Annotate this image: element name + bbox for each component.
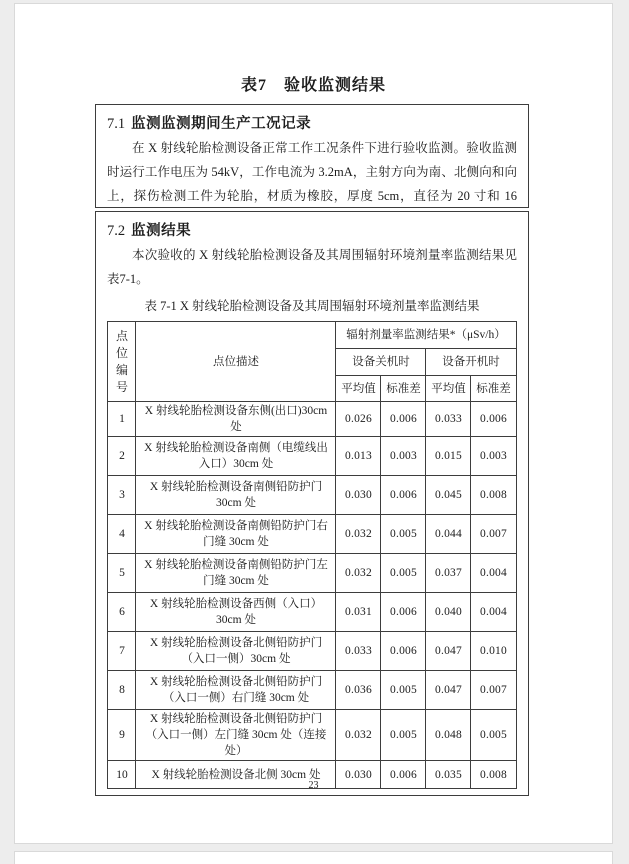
cell-off-stddev: 0.006 <box>381 632 426 671</box>
table-row: 5 X 射线轮胎检测设备南侧铅防护门左门缝 30cm 处 0.032 0.005… <box>108 554 516 593</box>
column-header-off-stddev: 标准差 <box>381 376 426 402</box>
monitoring-results-table: 点位编号 点位描述 辐射剂量率监测结果*（μSv/h） 设备关机时 设备开机时 … <box>107 321 516 789</box>
cell-on-stddev: 0.004 <box>471 593 516 632</box>
cell-point-id: 2 <box>108 437 136 476</box>
cell-off-average: 0.032 <box>336 554 381 593</box>
screenshot-root: { "document": { "title": "表7 验收监测结果", "p… <box>0 0 629 864</box>
cell-off-average: 0.031 <box>336 593 381 632</box>
cell-point-description: X 射线轮胎检测设备北侧铅防护门（入口一侧）左门缝 30cm 处（连接处） <box>136 710 336 761</box>
cell-point-id: 4 <box>108 515 136 554</box>
cell-on-stddev: 0.007 <box>471 671 516 710</box>
cell-point-description: X 射线轮胎检测设备北侧铅防护门（入口一侧）30cm 处 <box>136 632 336 671</box>
cell-on-average: 0.033 <box>426 402 471 437</box>
cell-point-description: X 射线轮胎检测设备南侧铅防护门左门缝 30cm 处 <box>136 554 336 593</box>
table-row: 9 X 射线轮胎检测设备北侧铅防护门（入口一侧）左门缝 30cm 处（连接处） … <box>108 710 516 761</box>
cell-off-stddev: 0.005 <box>381 671 426 710</box>
table-row: 3 X 射线轮胎检测设备南侧铅防护门 30cm 处 0.030 0.006 0.… <box>108 476 516 515</box>
page-number: 23 <box>15 780 612 791</box>
cell-point-id: 3 <box>108 476 136 515</box>
table-caption: 表 7-1 X 射线轮胎检测设备及其周围辐射环境剂量率监测结果 <box>107 296 517 314</box>
section-7-1-number: 7.1 <box>107 116 125 132</box>
section-7-2-heading: 7.2监测结果 <box>107 219 517 240</box>
cell-point-description: X 射线轮胎检测设备南侧铅防护门右门缝 30cm 处 <box>136 515 336 554</box>
cell-on-average: 0.037 <box>426 554 471 593</box>
cell-on-stddev: 0.006 <box>471 402 516 437</box>
cell-off-average: 0.032 <box>336 515 381 554</box>
cell-off-stddev: 0.003 <box>381 437 426 476</box>
next-page-edge <box>14 851 613 864</box>
cell-point-id: 8 <box>108 671 136 710</box>
table-row: 8 X 射线轮胎检测设备北侧铅防护门（入口一侧）右门缝 30cm 处 0.036… <box>108 671 516 710</box>
column-header-on-stddev: 标准差 <box>471 376 516 402</box>
cell-off-average: 0.032 <box>336 710 381 761</box>
cell-off-stddev: 0.005 <box>381 710 426 761</box>
cell-off-stddev: 0.006 <box>381 402 426 437</box>
cell-on-average: 0.048 <box>426 710 471 761</box>
cell-on-average: 0.044 <box>426 515 471 554</box>
cell-on-average: 0.045 <box>426 476 471 515</box>
page-title: 表7 验收监测结果 <box>15 72 612 95</box>
cell-off-average: 0.036 <box>336 671 381 710</box>
cell-off-average: 0.026 <box>336 402 381 437</box>
column-header-device-on: 设备开机时 <box>426 349 516 376</box>
cell-on-average: 0.047 <box>426 632 471 671</box>
cell-point-description: X 射线轮胎检测设备西侧（入口）30cm 处 <box>136 593 336 632</box>
cell-point-description: X 射线轮胎检测设备南侧（电缆线出入口）30cm 处 <box>136 437 336 476</box>
cell-off-stddev: 0.005 <box>381 515 426 554</box>
cell-off-stddev: 0.006 <box>381 593 426 632</box>
table-row: 7 X 射线轮胎检测设备北侧铅防护门（入口一侧）30cm 处 0.033 0.0… <box>108 632 516 671</box>
column-header-device-off: 设备关机时 <box>336 349 426 376</box>
section-7-1-heading: 7.1监测监测期间生产工况记录 <box>107 112 517 133</box>
section-7-2-box: 7.2监测结果 本次验收的 X 射线轮胎检测设备及其周围辐射环境剂量率监测结果见… <box>95 211 529 796</box>
cell-on-average: 0.040 <box>426 593 471 632</box>
cell-on-stddev: 0.010 <box>471 632 516 671</box>
column-header-description: 点位描述 <box>136 322 336 402</box>
table-row: 1 X 射线轮胎检测设备东侧(出口)30cm 处 0.026 0.006 0.0… <box>108 402 516 437</box>
cell-off-average: 0.030 <box>336 476 381 515</box>
cell-point-description: X 射线轮胎检测设备东侧(出口)30cm 处 <box>136 402 336 437</box>
table-header: 点位编号 点位描述 辐射剂量率监测结果*（μSv/h） 设备关机时 设备开机时 … <box>108 322 516 402</box>
cell-on-stddev: 0.008 <box>471 476 516 515</box>
section-7-1-box: 7.1监测监测期间生产工况记录 在 X 射线轮胎检测设备正常工作工况条件下进行验… <box>95 104 529 208</box>
column-header-on-average: 平均值 <box>426 376 471 402</box>
table-row: 6 X 射线轮胎检测设备西侧（入口）30cm 处 0.031 0.006 0.0… <box>108 593 516 632</box>
section-7-2-title: 监测结果 <box>131 223 191 239</box>
column-header-off-average: 平均值 <box>336 376 381 402</box>
cell-point-description: X 射线轮胎检测设备北侧铅防护门（入口一侧）右门缝 30cm 处 <box>136 671 336 710</box>
table-row: 4 X 射线轮胎检测设备南侧铅防护门右门缝 30cm 处 0.032 0.005… <box>108 515 516 554</box>
cell-off-stddev: 0.005 <box>381 554 426 593</box>
cell-on-average: 0.047 <box>426 671 471 710</box>
cell-on-stddev: 0.003 <box>471 437 516 476</box>
section-7-1-title: 监测监测期间生产工况记录 <box>131 116 311 132</box>
cell-on-stddev: 0.005 <box>471 710 516 761</box>
cell-point-id: 9 <box>108 710 136 761</box>
table-body: 1 X 射线轮胎检测设备东侧(出口)30cm 处 0.026 0.006 0.0… <box>108 402 516 789</box>
cell-on-average: 0.015 <box>426 437 471 476</box>
cell-point-id: 5 <box>108 554 136 593</box>
cell-on-stddev: 0.004 <box>471 554 516 593</box>
table-row: 2 X 射线轮胎检测设备南侧（电缆线出入口）30cm 处 0.013 0.003… <box>108 437 516 476</box>
cell-point-id: 1 <box>108 402 136 437</box>
document-page: 表7 验收监测结果 7.1监测监测期间生产工况记录 在 X 射线轮胎检测设备正常… <box>14 3 613 844</box>
section-7-2-number: 7.2 <box>107 223 125 239</box>
cell-point-id: 7 <box>108 632 136 671</box>
section-7-2-paragraph: 本次验收的 X 射线轮胎检测设备及其周围辐射环境剂量率监测结果见表7-1。 <box>107 243 517 291</box>
column-header-result-group: 辐射剂量率监测结果*（μSv/h） <box>336 322 516 349</box>
cell-off-stddev: 0.006 <box>381 476 426 515</box>
cell-on-stddev: 0.007 <box>471 515 516 554</box>
cell-off-average: 0.033 <box>336 632 381 671</box>
cell-point-id: 6 <box>108 593 136 632</box>
cell-off-average: 0.013 <box>336 437 381 476</box>
column-header-point-id: 点位编号 <box>108 322 136 402</box>
cell-point-description: X 射线轮胎检测设备南侧铅防护门 30cm 处 <box>136 476 336 515</box>
